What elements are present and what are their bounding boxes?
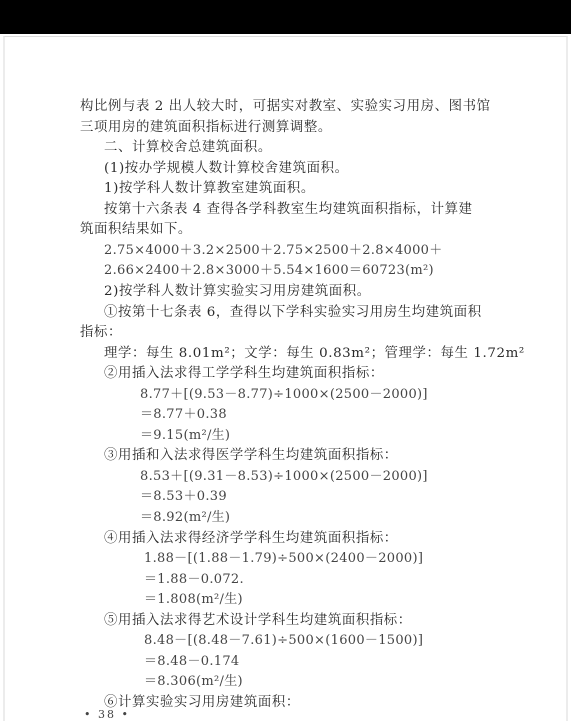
text-line: 构比例与表 2 出人较大时，可据实对教室、实验实习用房、图书馆: [80, 98, 491, 116]
subsection-heading: (1)按办学规模人数计算校舍建筑面积。: [104, 160, 349, 178]
text-line: 筑面积结果如下。: [80, 221, 192, 239]
step-heading: ②用插入法求得工学学科生均建筑面积指标：: [104, 365, 384, 383]
subsection-heading: 2)按学科人数计算实验实习用房建筑面积。: [104, 283, 371, 301]
formula-line: ＝8.77＋0.38: [140, 406, 227, 424]
page-number: • 38 •: [84, 708, 130, 721]
text-line: 理学：每生 8.01m²；文学：每生 0.83m²；管理学：每生 1.72m²: [104, 345, 525, 363]
formula-result: ＝9.15(m²/生): [140, 427, 230, 445]
section-heading: 二、计算校舍总建筑面积。: [104, 139, 272, 157]
top-black-bar: [0, 0, 571, 34]
formula-line: ＝8.53＋0.39: [140, 488, 227, 506]
text-line: 指标：: [80, 324, 122, 342]
formula-line: ＝1.88－0.072.: [144, 571, 244, 589]
step-heading: ④用插入法求得经济学学科生均建筑面积指标：: [104, 530, 398, 548]
step-heading: ⑥计算实验实习用房建筑面积：: [104, 694, 300, 712]
formula-line: 2.66×2400＋2.8×3000＋5.54×1600＝60723(m²): [104, 262, 434, 280]
formula-line: 8.48－[(8.48－7.61)÷500×(1600－1500)]: [144, 632, 423, 650]
subsection-heading: 1)按学科人数计算教室建筑面积。: [104, 180, 315, 198]
formula-line: 1.88－[(1.88－1.79)÷500×(2400－2000)]: [144, 550, 423, 568]
formula-result: ＝8.92(m²/生): [140, 509, 230, 527]
formula-result: ＝8.306(m²/生): [144, 673, 243, 691]
step-heading: ⑤用插入法求得艺术设计学科生均建筑面积指标：: [104, 612, 412, 630]
formula-result: ＝1.808(m²/生): [144, 591, 243, 609]
text-line: ①按第十七条表 6，查得以下学科实验实习用房生均建筑面积: [104, 304, 482, 322]
step-heading: ③用插和入法求得医学学科生均建筑面积指标：: [104, 447, 398, 465]
formula-line: 2.75×4000＋3.2×2500＋2.75×2500＋2.8×4000＋: [104, 242, 443, 260]
text-line: 三项用房的建筑面积指标进行测算调整。: [80, 119, 332, 137]
formula-line: ＝8.48－0.174: [144, 653, 239, 671]
formula-line: 8.77＋[(9.53－8.77)÷1000×(2500－2000)]: [140, 386, 428, 404]
text-line: 按第十六条表 4 查得各学科教室生均建筑面积指标，计算建: [104, 201, 473, 219]
formula-line: 8.53＋[(9.31－8.53)÷1000×(2500－2000)]: [140, 468, 428, 486]
